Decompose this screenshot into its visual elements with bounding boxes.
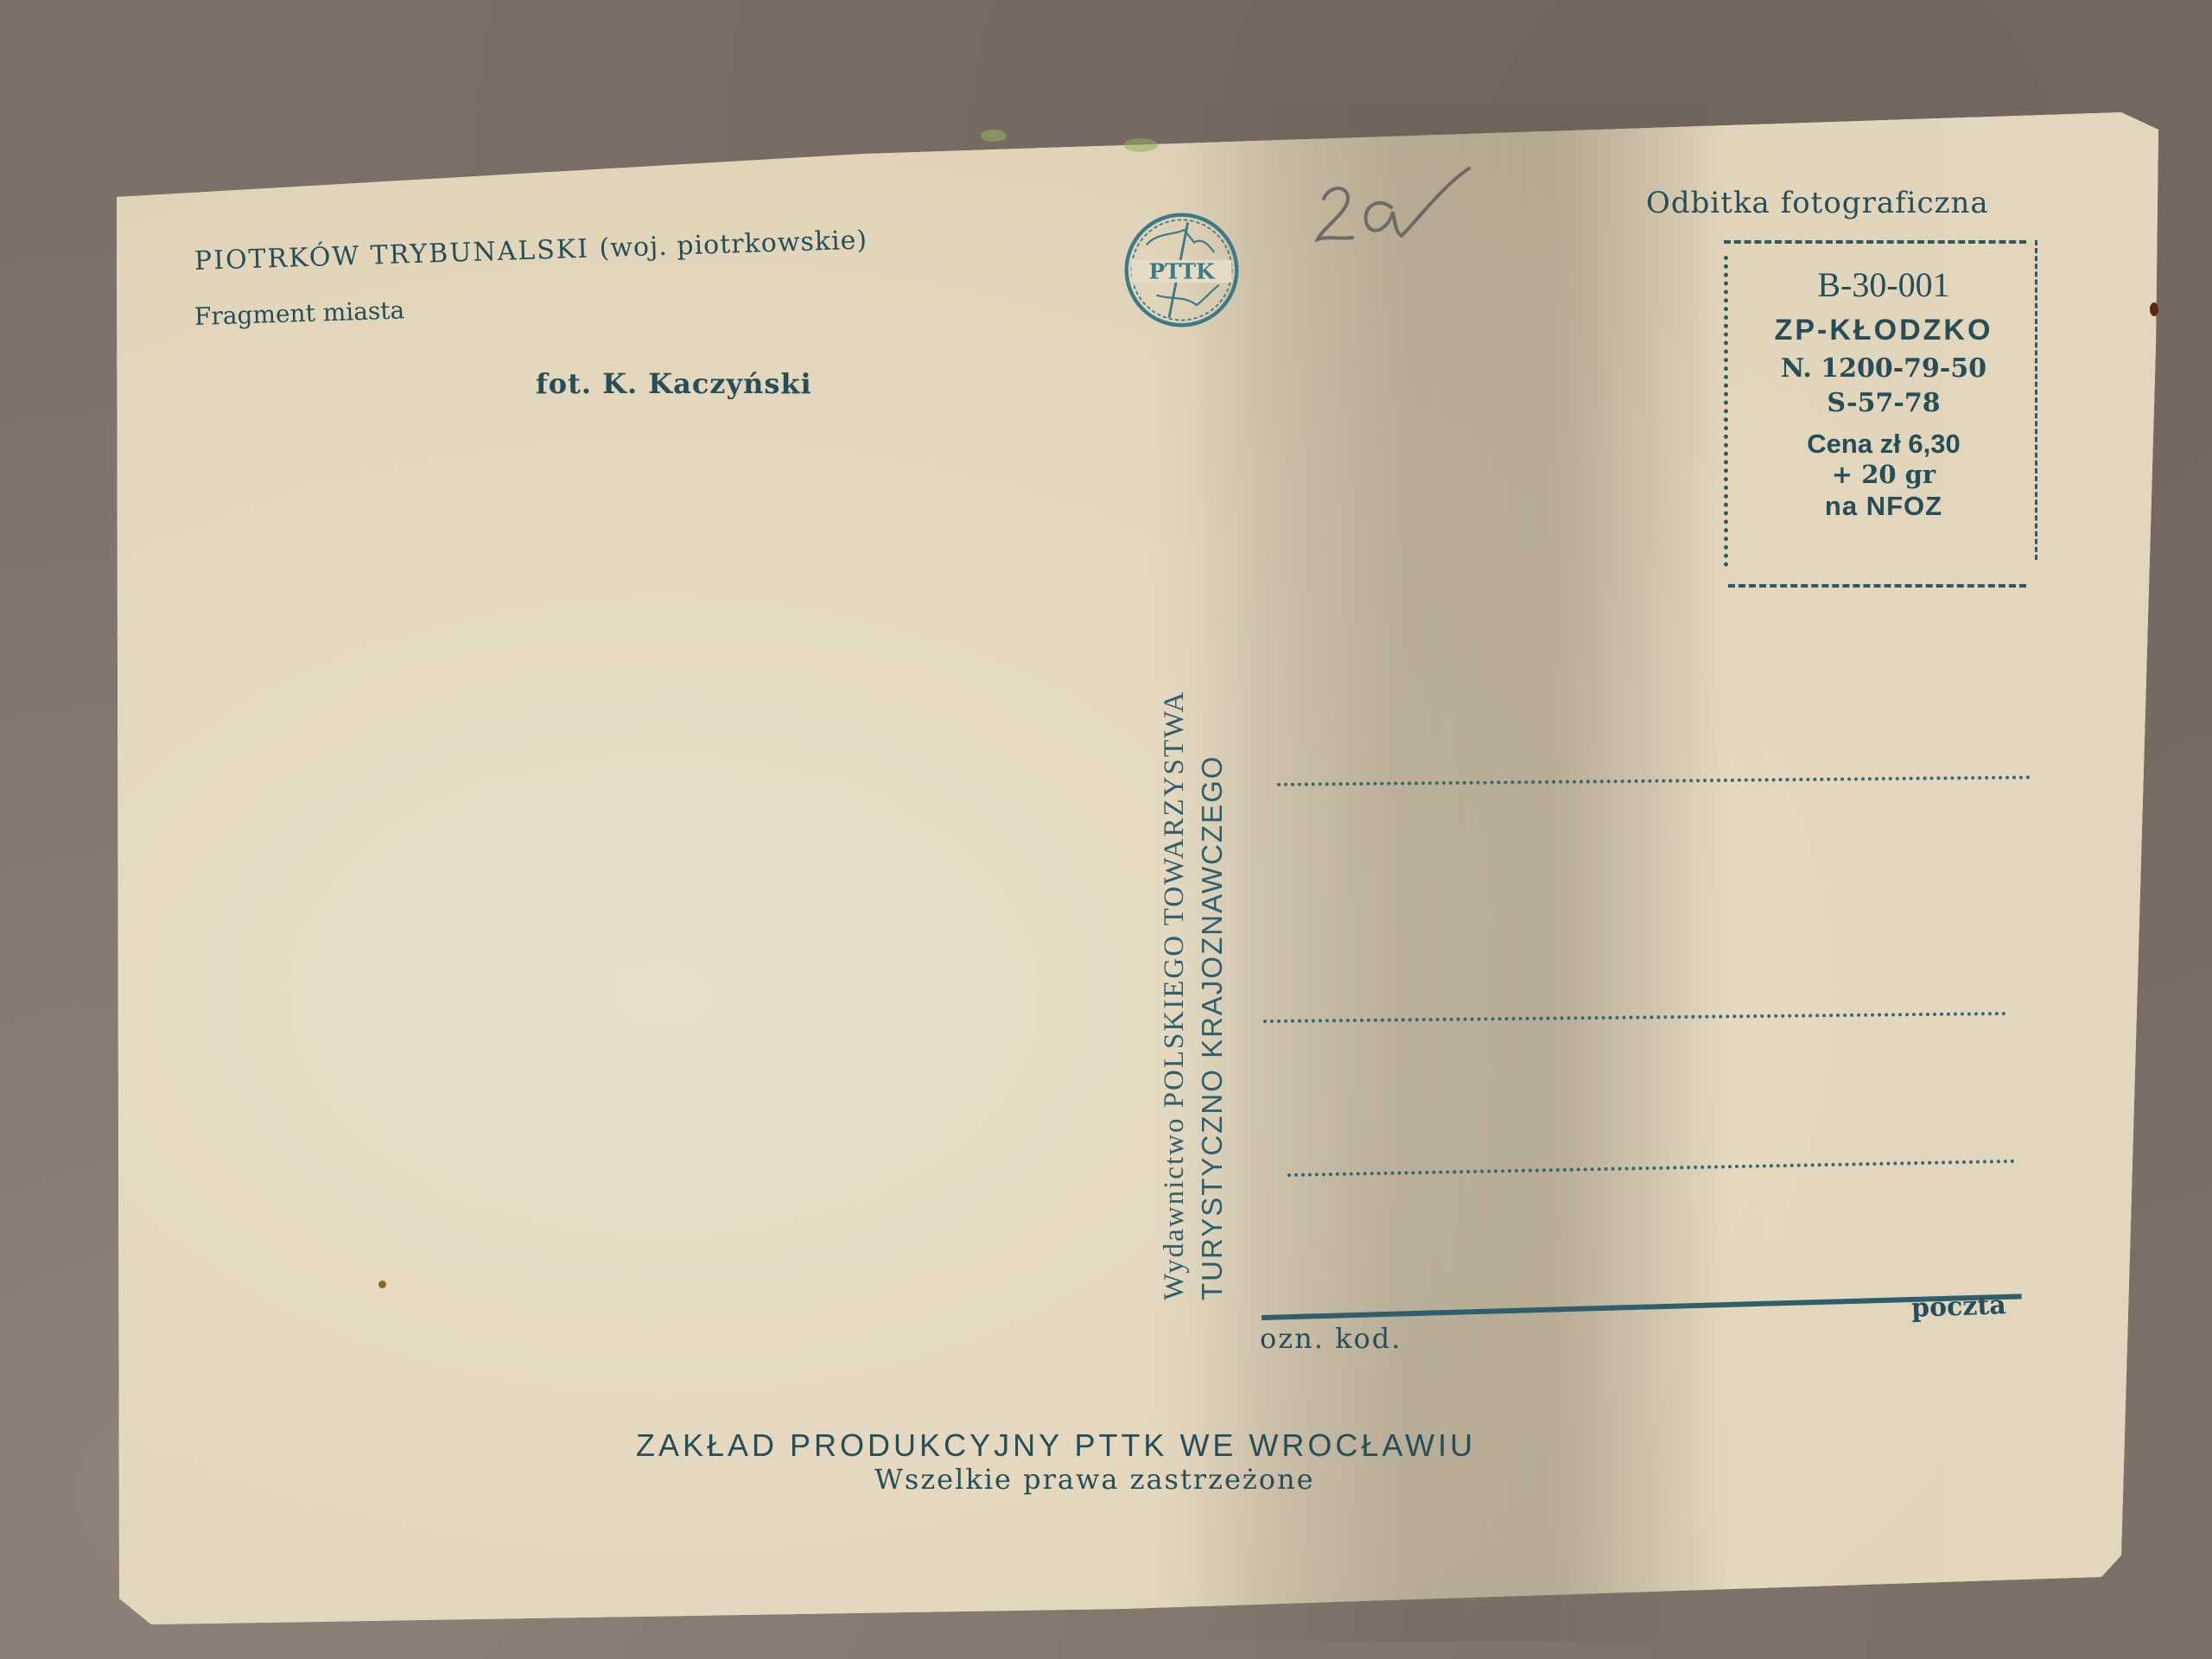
publisher-vertical-text: Wydawnictwo POLSKIEGO TOWARZYSTWA TURYST… xyxy=(1155,690,1231,1300)
surcharge-fund: na NFOZ xyxy=(1741,490,2026,522)
publisher-line-1: Wydawnictwo POLSKIEGO TOWARZYSTWA xyxy=(1155,690,1193,1300)
photo-print-label: Odbitka fotograficzna xyxy=(1646,186,1989,220)
catalog-number: B-30-001 xyxy=(1741,264,2026,306)
pttk-logo-icon: PTTK xyxy=(1119,207,1244,333)
print-run-number: N. 1200-79-50 xyxy=(1741,353,2026,385)
stamp-border-right xyxy=(2035,240,2037,560)
post-office-label: poczta xyxy=(1910,1290,2006,1324)
stamp-text: B-30-001 ZP-KŁODZKO N. 1200-79-50 S-57-7… xyxy=(1741,264,2026,522)
price: Cena zł 6,30 xyxy=(1741,428,2026,460)
publisher-line-2: TURYSTYCZNO KRAJOZNAWCZEGO xyxy=(1193,690,1231,1300)
producer-line: ZAKŁAD PRODUKCYJNY PTTK WE WROCŁAWIU xyxy=(636,1427,1476,1464)
postal-code-label: ozn. kod. xyxy=(1260,1322,1402,1355)
handwritten-note xyxy=(1305,160,1478,255)
stamp-border-left xyxy=(1724,256,1728,567)
stamp-box: B-30-001 ZP-KŁODZKO N. 1200-79-50 S-57-7… xyxy=(1724,240,2044,590)
surcharge: + 20 gr xyxy=(1741,460,2026,490)
photographer-credit: fot. K. Kaczyński xyxy=(536,367,812,400)
series-number: S-57-78 xyxy=(1741,388,2026,419)
paper-stain xyxy=(1123,138,1158,152)
stamp-border-bottom xyxy=(1728,584,2026,588)
rights-line: Wszelkie prawa zastrzeżone xyxy=(874,1463,1315,1496)
paper-stain xyxy=(981,130,1007,142)
stamp-border-top xyxy=(1724,240,2026,244)
paper-stain xyxy=(378,1281,386,1288)
printer: ZP-KŁODZKO xyxy=(1741,313,2026,348)
paper-stain xyxy=(2150,302,2158,316)
svg-text:PTTK: PTTK xyxy=(1149,259,1216,284)
